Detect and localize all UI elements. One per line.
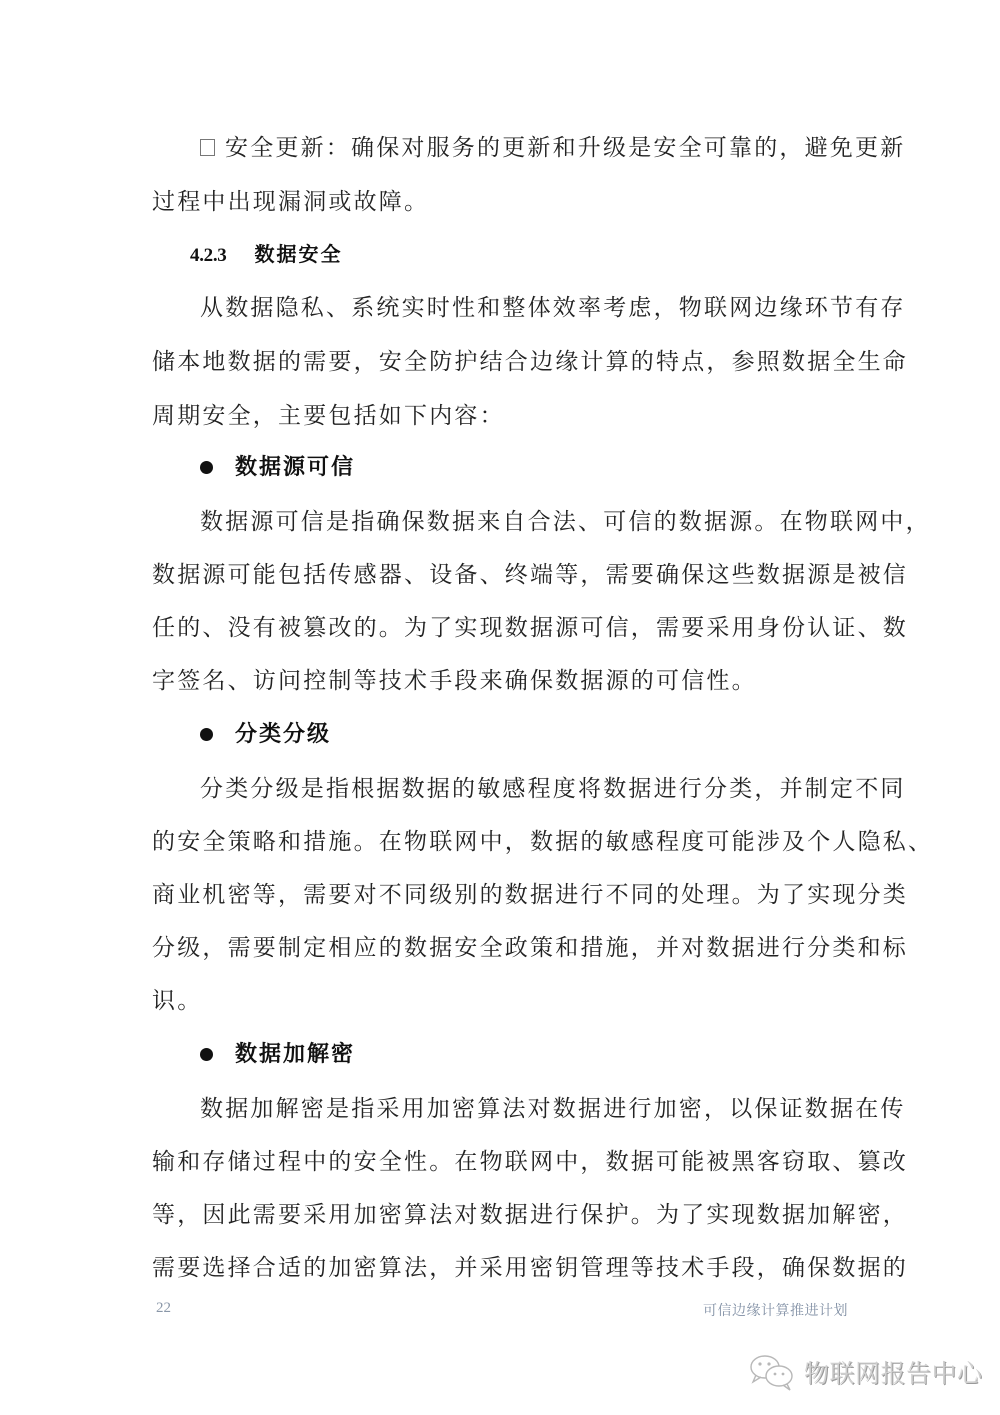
bullet-heading-data-source-trust: 数据源可信 xyxy=(200,452,355,482)
paragraph-line: 需要选择合适的加密算法，并采用密钥管理等技术手段，确保数据的 xyxy=(152,1252,850,1284)
checkbox-icon xyxy=(200,139,215,156)
watermark-text: 物联网报告中心 xyxy=(804,1354,983,1390)
section-intro-line-2: 储本地数据的需要，安全防护结合边缘计算的特点，参照数据全生命 xyxy=(152,346,850,378)
paragraph-line: 商业机密等，需要对不同级别的数据进行不同的处理。为了实现分类 xyxy=(152,879,850,911)
section-intro-line-1: 从数据隐私、系统实时性和整体效率考虑，物联网边缘环节有存 xyxy=(200,292,850,324)
footer-document-title: 可信边缘计算推进计划 xyxy=(703,1300,848,1320)
watermark: 物联网报告中心 xyxy=(748,1352,983,1392)
intro-item-line-1: 安全更新：确保对服务的更新和升级是安全可靠的，避免更新 xyxy=(200,132,850,164)
paragraph-line: 数据源可信是指确保数据来自合法、可信的数据源。在物联网中， xyxy=(200,506,850,538)
paragraph-line: 数据源可能包括传感器、设备、终端等，需要确保这些数据源是被信 xyxy=(152,559,850,591)
paragraph-line: 分类分级是指根据数据的敏感程度将数据进行分类，并制定不同 xyxy=(200,773,850,805)
section-number: 4.2.3 xyxy=(190,245,227,266)
section-heading: 4.2.3数据安全 xyxy=(190,240,343,270)
intro-item-line-2: 过程中出现漏洞或故障。 xyxy=(152,186,850,218)
paragraph-line: 字签名、访问控制等技术手段来确保数据源的可信性。 xyxy=(152,665,850,697)
paragraph-line: 分级，需要制定相应的数据安全政策和措施，并对数据进行分类和标 xyxy=(152,932,850,964)
page-number: 22 xyxy=(156,1300,171,1317)
paragraph-line: 任的、没有被篡改的。为了实现数据源可信，需要采用身份认证、数 xyxy=(152,612,850,644)
bullet-heading-label: 数据加解密 xyxy=(235,1039,355,1069)
paragraph-line: 输和存储过程中的安全性。在物联网中，数据可能被黑客窃取、篡改 xyxy=(152,1146,850,1178)
bullet-icon xyxy=(200,1048,213,1061)
paragraph-line: 数据加解密是指采用加密算法对数据进行加密，以保证数据在传 xyxy=(200,1093,850,1125)
paragraph-line: 识。 xyxy=(152,985,850,1017)
section-title: 数据安全 xyxy=(255,242,343,266)
bullet-heading-label: 分类分级 xyxy=(235,719,331,749)
bullet-icon xyxy=(200,461,213,474)
bullet-heading-label: 数据源可信 xyxy=(235,452,355,482)
section-intro-line-3: 周期安全，主要包括如下内容： xyxy=(152,400,850,432)
bullet-heading-encryption: 数据加解密 xyxy=(200,1039,355,1069)
bullet-heading-classification: 分类分级 xyxy=(200,719,331,749)
bullet-icon xyxy=(200,728,213,741)
paragraph-line: 的安全策略和措施。在物联网中，数据的敏感程度可能涉及个人隐私、 xyxy=(152,826,850,858)
wechat-icon xyxy=(748,1352,796,1392)
intro-item-text-1: 安全更新：确保对服务的更新和升级是安全可靠的，避免更新 xyxy=(225,135,905,161)
paragraph-line: 等，因此需要采用加密算法对数据进行保护。为了实现数据加解密， xyxy=(152,1199,850,1231)
